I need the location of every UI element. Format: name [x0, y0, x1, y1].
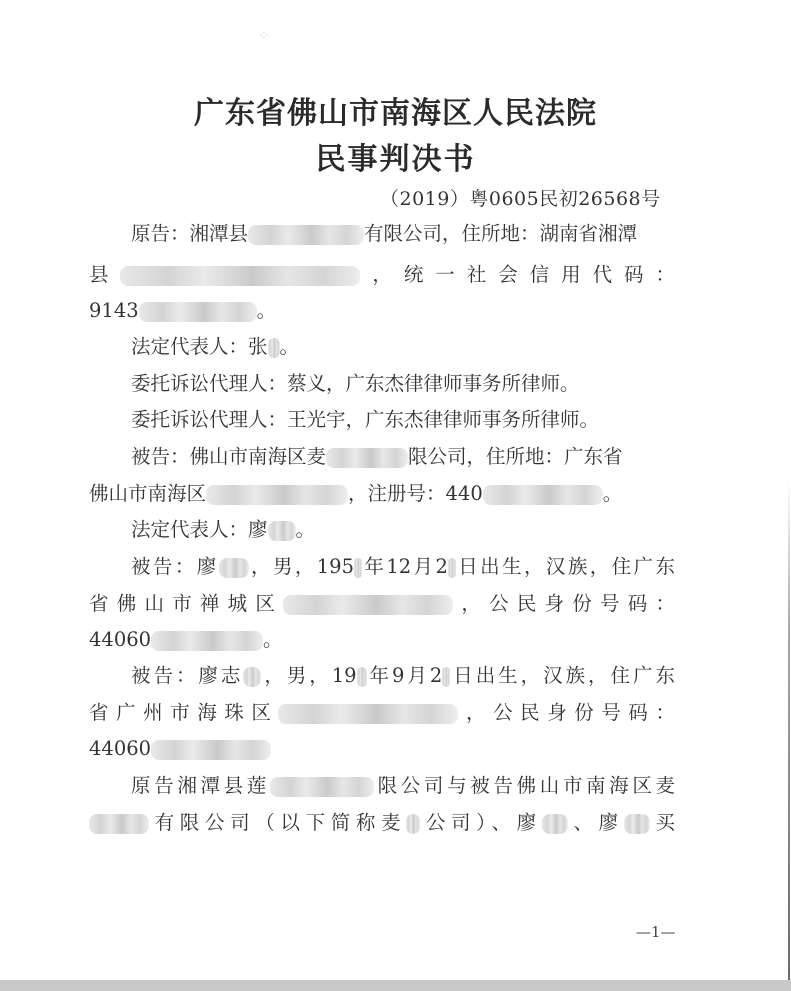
body-text: 有限公司（以下简称麦: [149, 811, 406, 834]
redacted-text: [624, 814, 650, 834]
legal-rep-label: 法定代表人：廖: [131, 518, 268, 541]
body-text: 买: [650, 811, 675, 834]
redacted-text: [542, 814, 568, 834]
defendant-1-line-2: 佛山市南海区，注册号：440。: [89, 481, 622, 507]
court-name-title: 广东省佛山市南海区人民法院: [0, 88, 791, 132]
redacted-text: [278, 704, 458, 724]
credit-code-start: 9143: [89, 299, 139, 322]
defendant-3-ethnicity-residence: 日出生，汉族，住广东: [450, 664, 675, 687]
id-number-label: ，公民身份号码：: [458, 701, 675, 724]
document-page: ⁘ 广东省佛山市南海区人民法院 民事判决书 （2019）粤0605民初26568…: [0, 0, 791, 980]
defendant-3-line-2: 省广州市海珠区，公民身份号码：: [89, 700, 675, 726]
defendant-2-ethnicity-residence: 日出生，汉族，住广东: [456, 555, 675, 578]
period: 。: [603, 482, 623, 505]
redacted-text: [448, 558, 456, 578]
body-text: 公司）、廖: [420, 811, 542, 834]
id-number-start: 44060: [89, 737, 151, 760]
redacted-text: [151, 631, 263, 651]
plaintiff-line-2: 县，统一社会信用代码：: [89, 262, 675, 288]
redacted-text: [219, 558, 249, 578]
body-text: 原告湘潭县莲: [131, 774, 270, 797]
defendant-2-address-start: 省佛山市禅城区: [89, 592, 283, 615]
redacted-text: [89, 814, 149, 834]
body-text: 、廖: [568, 811, 624, 834]
redacted-text: [120, 266, 360, 286]
redacted-text: [268, 338, 280, 358]
credit-code-label: ，统一社会信用代码：: [360, 263, 675, 286]
plaintiff-line-3: 9143。: [89, 298, 276, 324]
page-number: —1—: [636, 923, 676, 941]
body-text: 限公司与被告佛山市南海区麦: [374, 774, 675, 797]
defendant-1-line-1: 被告：佛山市南海区麦限公司，住所地：广东省: [131, 444, 623, 470]
redacted-text: [206, 485, 348, 505]
defendant-2-line-3: 44060。: [89, 627, 283, 653]
plaintiff-line-1: 原告：湘潭县有限公司，住所地：湖南省湘潭: [131, 221, 637, 247]
plaintiff-agent-1: 委托诉讼代理人：蔡义，广东杰律律师事务所律师。: [131, 371, 580, 397]
redacted-text: [326, 448, 408, 468]
id-number-label: ，公民身份号码：: [453, 592, 675, 615]
defendant-1-name-start: 被告：佛山市南海区麦: [131, 445, 326, 468]
id-number-start: 44060: [89, 628, 151, 651]
period: 。: [263, 628, 283, 651]
defendant-1-address-label: 限公司，住所地：广东省: [408, 445, 623, 468]
defendant-2-birth-month: 年12月2: [362, 555, 448, 578]
plaintiff-agent-2: 委托诉讼代理人：王光宇，广东杰律律师事务所律师。: [131, 407, 599, 433]
period: 。: [257, 299, 277, 322]
plaintiff-legal-rep: 法定代表人：张。: [131, 334, 299, 360]
defendant-3-line-3: 44060: [89, 736, 271, 762]
case-number: （2019）粤0605民初26568号: [380, 184, 661, 211]
redacted-text: [151, 740, 271, 760]
plaintiff-address-label: 有限公司，住所地：湖南省湘潭: [364, 222, 637, 245]
page-edge-shadow: [788, 480, 790, 980]
defendant-1-legal-rep: 法定代表人：廖。: [131, 517, 315, 543]
redacted-text: [248, 225, 364, 245]
redacted-text: [357, 667, 367, 687]
redacted-text: [442, 667, 450, 687]
defendant-2-gender-year: ，男，195: [249, 555, 354, 578]
period: 。: [280, 335, 300, 358]
redacted-text: [243, 667, 261, 687]
legal-rep-label: 法定代表人：张: [131, 335, 268, 358]
redacted-text: [283, 595, 453, 615]
faint-stamp-mark: ⁘: [258, 28, 288, 48]
defendant-3-birth-month: 年9月2: [367, 664, 443, 687]
redacted-text: [270, 777, 374, 797]
defendant-2-name-start: 被告：廖: [131, 555, 219, 578]
defendant-1-address-start: 佛山市南海区: [89, 482, 206, 505]
defendant-3-gender-year: ，男，19: [261, 664, 356, 687]
document-type-title: 民事判决书: [0, 134, 791, 178]
defendant-2-line-1: 被告：廖，男，195年12月2日出生，汉族，住广东: [131, 554, 675, 580]
redacted-text: [483, 485, 603, 505]
redacted-text: [354, 558, 362, 578]
redacted-text: [268, 521, 296, 541]
plaintiff-address-start: 县: [89, 263, 120, 286]
redacted-text: [406, 814, 420, 834]
plaintiff-name-start: 原告：湘潭县: [131, 222, 248, 245]
defendant-3-address-start: 省广州市海珠区: [89, 701, 278, 724]
body-paragraph-line-2: 有限公司（以下简称麦公司）、廖、廖买: [89, 810, 675, 836]
registration-number-label: ，注册号：440: [348, 482, 483, 505]
period: 。: [296, 518, 316, 541]
defendant-3-name-start: 被告：廖志: [131, 664, 243, 687]
redacted-text: [139, 302, 257, 322]
defendant-3-line-1: 被告：廖志，男，19年9月2日出生，汉族，住广东: [131, 663, 675, 689]
viewer-bottom-bar: [0, 980, 791, 991]
body-paragraph-line-1: 原告湘潭县莲限公司与被告佛山市南海区麦: [131, 773, 675, 799]
defendant-2-line-2: 省佛山市禅城区，公民身份号码：: [89, 591, 675, 617]
